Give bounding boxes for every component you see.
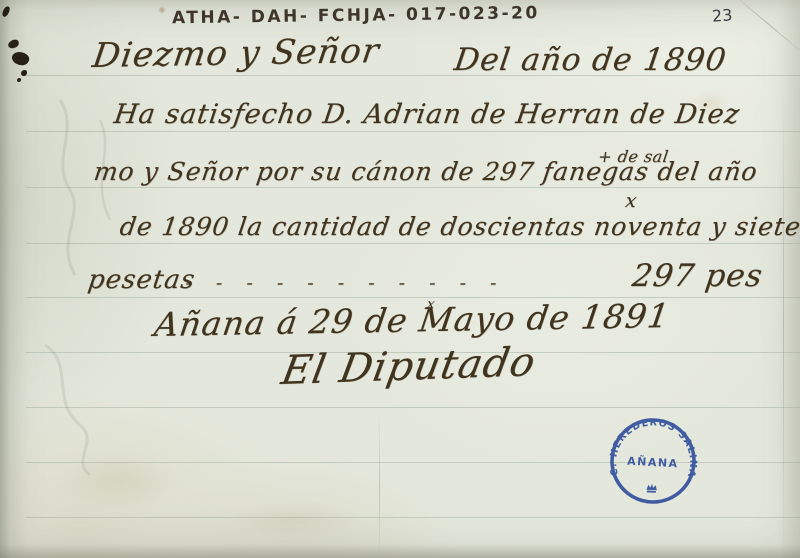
document-scan: ATHA- DAH- FCHJA- 017-023-20 23 Diezmo y… [0, 0, 800, 558]
archive-reference-code: ATHA- DAH- FCHJA- 017-023-20 [172, 4, 502, 29]
amount-dashes: - - - - - - - - - - - [184, 272, 507, 294]
stamp-ring-text: A. C. HEREDEROS SALINAS [604, 412, 701, 489]
dateline: Añana á 29 de Mayo de 1891 [152, 296, 672, 344]
ink-blot [17, 78, 21, 82]
stamp-center-text: AÑANA [627, 455, 679, 471]
manuscript-line-1: Ha satisfecho D. Adrian de Herran de Die… [112, 99, 742, 130]
svg-text:A. C. HEREDEROS SALINAS: A. C. HEREDEROS SALINAS [604, 412, 701, 489]
stain-spot [230, 500, 360, 540]
paper-crease [783, 90, 784, 558]
stain-spot [158, 6, 166, 14]
paper-crease [726, 0, 800, 60]
manuscript-line-3: de 1890 la cantidad de doscientas novent… [118, 212, 800, 241]
stamp-graphic: A. C. HEREDEROS SALINAS AÑANA [604, 412, 703, 511]
insertion-note: + de sal [597, 147, 670, 166]
manuscript-title-right: Del año de 1890 [452, 42, 729, 78]
insertion-caret-mark: x [624, 190, 639, 212]
page-number: 23 [711, 5, 733, 25]
ink-blot [10, 49, 31, 68]
amount-word: pesetas [86, 265, 197, 295]
paper-crease [379, 412, 380, 558]
rubber-stamp: A. C. HEREDEROS SALINAS AÑANA [604, 412, 703, 511]
manuscript-title-left: Diezmo y Señor [90, 31, 382, 76]
ink-blot [7, 39, 20, 50]
ink-blot [1, 5, 10, 17]
stamp-crown-icon [646, 484, 657, 493]
rule-line [26, 407, 800, 408]
amount-figure: 297 pes [630, 258, 765, 294]
pencil-smudge [30, 330, 140, 480]
rule-line [26, 297, 800, 298]
rule-line [26, 517, 800, 518]
signature: El Diputado [278, 339, 539, 394]
